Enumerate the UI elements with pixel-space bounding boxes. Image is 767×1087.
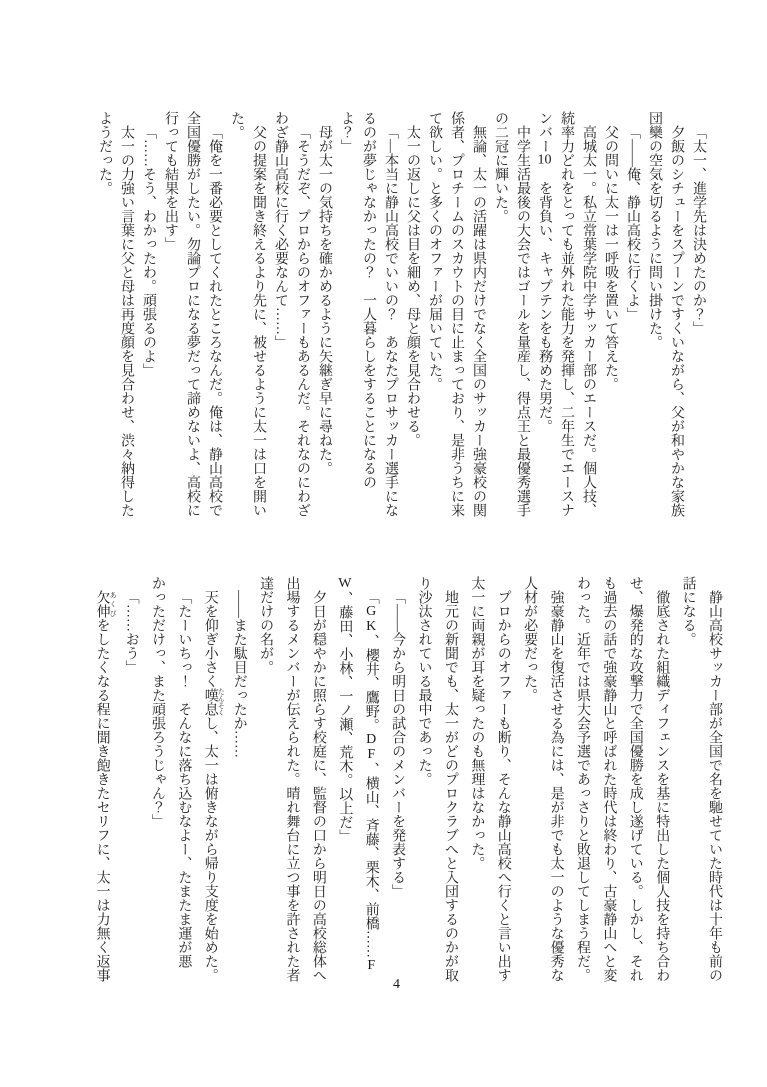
top-text-block: 「太一、進学先は決めたのか？」夕飯のシチューをスプーンですくいながら、父が和やか… <box>93 111 709 518</box>
novel-page: { "document": { "page_number": "4", "bac… <box>0 0 767 1087</box>
paragraph: 母が太一の気持ちを確かめるように矢継ぎ早に尋ねた。 <box>313 111 335 518</box>
paragraph: 「――俺、静山高校に行くよ」 <box>621 111 643 518</box>
paragraph: 太一の返しに父は目を細め、母と顔を見合わせる。 <box>401 111 423 518</box>
upright-latin-text: FW <box>337 576 378 973</box>
paragraph: 欠伸あくびをしたくなる程に聞き飽きたセリフに、太一は力無く返事 <box>88 576 117 983</box>
paragraph: 高城太一。私立常葉学院中学サッカー部のエースだ。個人技、統率力どれをとっても並外… <box>533 111 599 518</box>
paragraph: 「GK、櫻井、鷹野。DF、横山、斉藤、栗木、前橋……FW、藤田、小林、一ノ瀬、荒… <box>331 576 384 983</box>
paragraph: プロからのオファーも断り、そんな静山高校へ行くと言い出す太一に両親が耳を疑ったの… <box>463 576 516 983</box>
paragraph: 父の問いに太一は一呼吸を置いて答えた。 <box>599 111 621 518</box>
paragraph: 静山高校サッカー部が全国で名を馳せていた時代は十年も前の話になる。 <box>674 576 727 983</box>
paragraph: 「―本当に静山高校でいいの？ あなたプロサッカー選手になるのが夢じゃなかったの？… <box>335 111 401 518</box>
paragraph: 徹底された組織ディフェンスを基に特出した個人技を持ち合わせ、爆発的な攻撃力で全国… <box>569 576 675 983</box>
bottom-text-block: 静山高校サッカー部が全国で名を馳せていた時代は十年も前の話になる。徹底された組織… <box>88 576 727 983</box>
paragraph: 「たーいちっ！ そんなに落ち込むなよー、たまたま運が悪かっただけっ、また頑張ろう… <box>144 576 197 983</box>
ruby-annotated-word: 嘆息たんそく <box>203 688 218 716</box>
tatechuyoko-number: 10 <box>537 153 552 167</box>
paragraph: 「太一、進学先は決めたのか？」 <box>687 111 709 518</box>
ruby-annotated-word: 欠伸あくび <box>95 590 110 618</box>
upright-latin-text: GK <box>364 604 379 634</box>
paragraph: 「――今から明日の試合のメンバーを発表する」 <box>384 576 410 983</box>
paragraph: 強豪静山を復活させる為には、是が非でも太一のような優秀な人材が必要だった。 <box>516 576 569 983</box>
paragraph: 太一の力強い言葉に父と母は再度顔を見合わせ、渋々納得したようだった。 <box>93 111 137 518</box>
paragraph: ――また駄目だったか…… <box>225 576 251 983</box>
page-number: 4 <box>393 977 400 993</box>
paragraph: 「……そう、わかったわ。頑張るのよ」 <box>137 111 159 518</box>
paragraph: 無論、太一の活躍は県内だけでなく全国のサッカー強豪校の関係者、プロチームのスカウ… <box>423 111 489 518</box>
paragraph: 「そうだぞ、プロからのオファーもあるんだ。それなのにわざわざ静山高校に行く必要な… <box>269 111 313 518</box>
paragraph: 「俺を一番必要としてくれたところなんだ。俺は、静山高校で全国優勝がしたい。勿論プ… <box>159 111 225 518</box>
paragraph: 夕日が穏やかに照らす校庭に、監督の口から明日の高校総体へ出場するメンバーが伝えら… <box>252 576 331 983</box>
paragraph: 夕飯のシチューをスプーンですくいながら、父が和やかな家族団欒の空気を切るように問… <box>643 111 687 518</box>
paragraph: 天を仰ぎ小さく嘆息たんそくし、太一は俯きながら帰り支度を始めた。 <box>196 576 225 983</box>
upright-latin-text: DF <box>364 732 379 762</box>
paragraph: 地元の新聞でも、太一がどのプロクラブへと入団するのかが取り沙汰されている最中であ… <box>410 576 463 983</box>
paragraph: 「……おう」 <box>117 576 143 983</box>
paragraph: 中学生活最後の大会ではゴールを量産し、得点王と最優秀選手の二冠に輝いた。 <box>489 111 533 518</box>
paragraph: 父の提案を聞き終えるより先に、被せるように太一は口を開いた。 <box>225 111 269 518</box>
